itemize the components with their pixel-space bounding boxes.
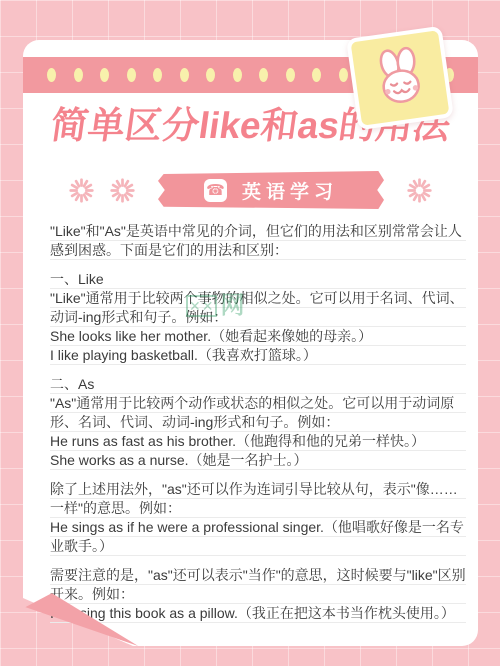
strip-dot	[180, 68, 189, 82]
section-like: 一、Like "Like"通常用于比较两个事物的相似之处。它可以用于名词、代词、…	[50, 270, 466, 365]
strip-dot	[312, 68, 321, 82]
strip-dot	[259, 68, 268, 82]
strip-dot	[127, 68, 136, 82]
section-heading: 二、As	[50, 375, 466, 394]
example-sentence: She works as a nurse.（她是一名护士。）	[50, 451, 466, 470]
section-desc: "Like"通常用于比较两个事物的相似之处。它可以用于名词、代词、动词-ing形…	[50, 289, 466, 327]
note-as-meaning: 需要注意的是，"as"还可以表示"当作"的意思，这时候要与"like"区别开来。…	[50, 566, 466, 623]
strip-dot	[100, 68, 109, 82]
section-heading: 一、Like	[50, 270, 466, 289]
note-card: 简单区分like和as的用法 ☎ 英语学习	[23, 40, 478, 646]
strip-dot	[233, 68, 242, 82]
category-banner: ☎ 英语学习	[158, 171, 384, 209]
strip-dot	[153, 68, 162, 82]
example-sentence: She looks like her mother.（她看起来像她的母亲。）	[50, 327, 466, 346]
flower-burst-icon	[68, 177, 95, 204]
telephone-icon: ☎	[204, 179, 227, 202]
section-desc: "As"通常用于比较两个动作或状态的相似之处。它可以用于动词原形、名词、代词、动…	[50, 394, 466, 432]
article-body: "Like"和"As"是英语中常见的介词，但它们的用法和区别常常会让人感到困惑。…	[50, 222, 466, 623]
strip-dot	[286, 68, 295, 82]
note-as-conjunction: 除了上述用法外，"as"还可以作为连词引导比较从句，表示"像……一样"的意思。例…	[50, 480, 466, 556]
subtitle-row: ☎ 英语学习	[23, 168, 478, 212]
strip-dot	[339, 68, 348, 82]
example-sentence: He runs as fast as his brother.（他跑得和他的兄弟…	[50, 432, 466, 451]
note-text: 需要注意的是，"as"还可以表示"当作"的意思，这时候要与"like"区别开来。…	[50, 566, 466, 604]
strip-dot	[74, 68, 83, 82]
intro-paragraph: "Like"和"As"是英语中常见的介词，但它们的用法和区别常常会让人感到困惑。…	[50, 222, 466, 260]
example-sentence: I like playing basketball.（我喜欢打篮球。）	[50, 346, 466, 365]
flower-burst-icon	[109, 177, 136, 204]
strip-dot	[47, 68, 56, 82]
intro-text: "Like"和"As"是英语中常见的介词，但它们的用法和区别常常会让人感到困惑。…	[50, 222, 466, 260]
section-as: 二、As "As"通常用于比较两个动作或状态的相似之处。它可以用于动词原形、名词…	[50, 375, 466, 470]
bunny-sticker	[346, 26, 454, 130]
example-sentence: He sings as if he were a professional si…	[50, 518, 466, 556]
bunny-icon	[363, 41, 438, 116]
category-label: 英语学习	[237, 177, 338, 204]
strip-dot	[206, 68, 215, 82]
flower-burst-icon	[406, 177, 433, 204]
example-sentence: I'm using this book as a pillow.（我正在把这本书…	[50, 604, 466, 623]
note-text: 除了上述用法外，"as"还可以作为连词引导比较从句，表示"像……一样"的意思。例…	[50, 480, 466, 518]
